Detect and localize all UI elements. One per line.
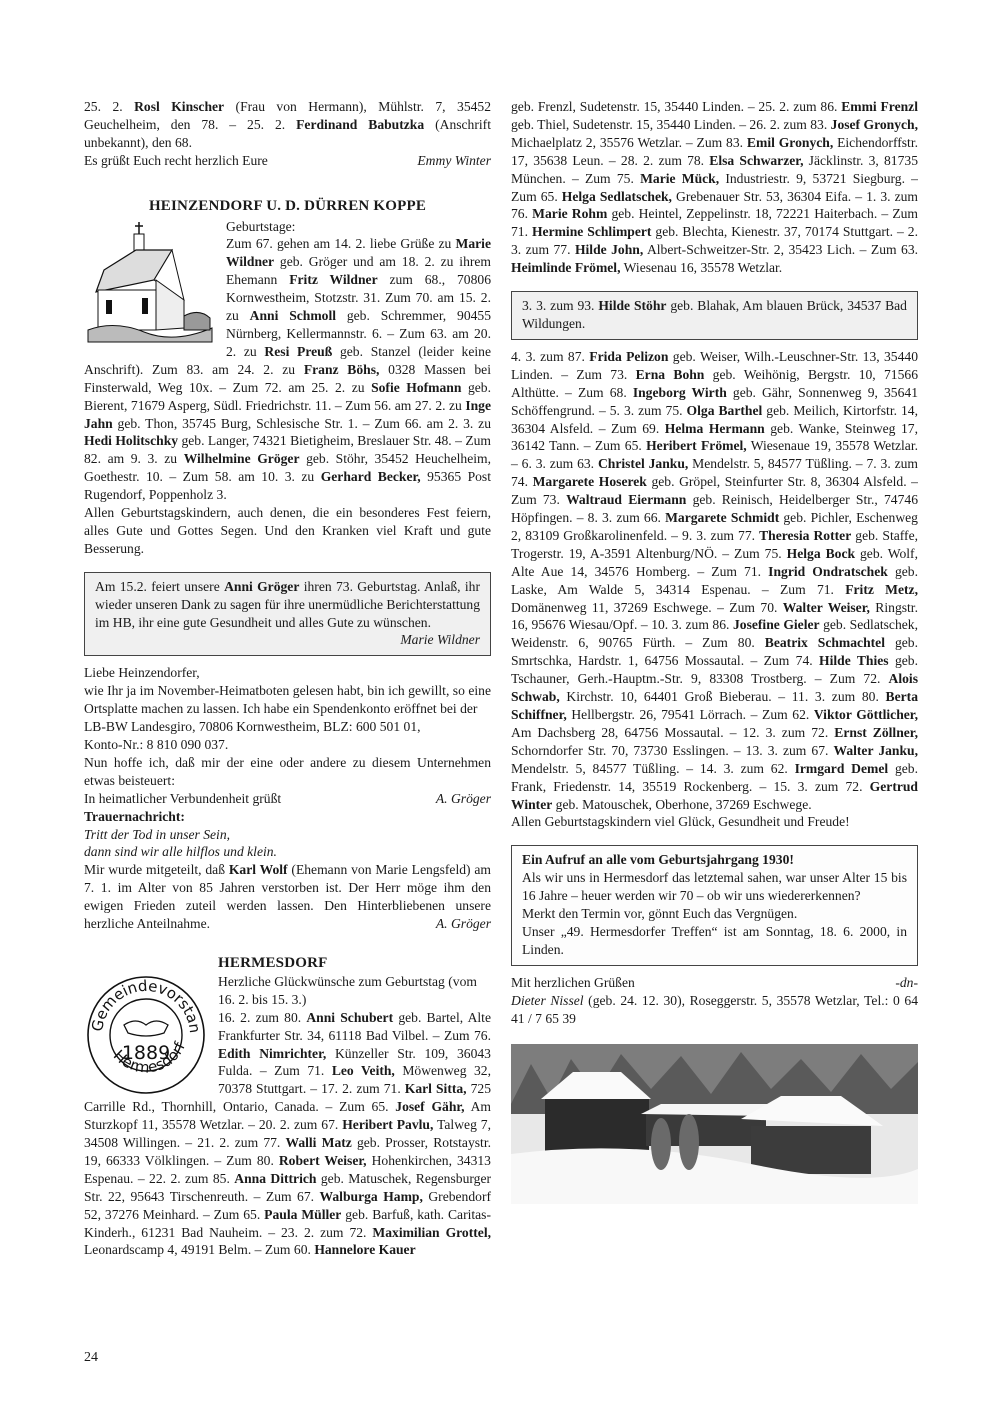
page-number: 24 bbox=[84, 1350, 98, 1366]
person-name: Anni Gröger bbox=[224, 579, 299, 594]
heinzendorf-closing: Allen Geburtstagskindern, auch denen, di… bbox=[84, 504, 491, 558]
mourning-section: Trauernachricht: Tritt der Tod in unser … bbox=[84, 808, 491, 933]
march-birthdays: 4. 3. zum 87. Frida Pelizon geb. Weiser,… bbox=[511, 348, 918, 814]
letter-section: Liebe Heinzendorfer, wie Ihr ja im Novem… bbox=[84, 664, 491, 807]
march-closing: Allen Geburtstagskindern viel Glück, Ges… bbox=[511, 813, 918, 831]
box-hilde-text: 3. 3. zum 93. Hilde Stöhr geb. Blahak, A… bbox=[522, 297, 907, 333]
mourning-body: Mir wurde mitgeteilt, daß Karl Wolf (Ehe… bbox=[84, 862, 491, 931]
intro-paragraph: 25. 2. Rosl Kinscher (Frau von Hermann),… bbox=[84, 98, 491, 152]
person-name: Gertrud Winter bbox=[511, 779, 918, 812]
call-line-2: Merkt den Termin vor, gönnt Euch das Ver… bbox=[522, 905, 907, 923]
person-name: Hermine Schlimpert bbox=[532, 224, 651, 239]
person-name: Inge Jahn bbox=[84, 398, 491, 431]
person-name: Karl Wolf bbox=[229, 862, 288, 877]
box-anni-groeger: Am 15.2. feiert unsere Anni Gröger ihren… bbox=[84, 572, 491, 657]
person-name: Walburga Hamp, bbox=[320, 1189, 423, 1204]
person-name: Olga Barthel bbox=[687, 403, 763, 418]
box-anni-text: Am 15.2. feiert unsere Anni Gröger ihren… bbox=[95, 579, 480, 630]
person-name: Margarete Schmidt bbox=[665, 510, 779, 525]
call-line-3: Unser „49. Hermesdorfer Treffen“ ist am … bbox=[522, 923, 907, 959]
person-name: Sofie Hofmann bbox=[371, 380, 461, 395]
person-name: Waltraud Eiermann bbox=[566, 492, 686, 507]
person-name: Margarete Hoserek bbox=[533, 474, 647, 489]
person-name: Elsa Schwarzer, bbox=[709, 153, 803, 168]
signature: Emmy Winter bbox=[417, 152, 491, 170]
person-name: Marie Mück, bbox=[640, 171, 719, 186]
person-name: Christel Janku, bbox=[598, 456, 688, 471]
person-name: Resi Preuß bbox=[264, 344, 332, 359]
hermesdorf-section: Gemeindevorstand Hermesdorf 1889 HERMESD… bbox=[84, 955, 491, 1259]
closing-greeting: Mit herzlichen Grüßen bbox=[511, 974, 635, 992]
person-name: Marie Wildner bbox=[226, 236, 491, 269]
letter-paragraph-2: Nun hoffe ich, daß mir der eine oder and… bbox=[84, 754, 491, 790]
box-call-1930: Ein Aufruf an alle vom Geburtsjahrgang 1… bbox=[511, 845, 918, 965]
person-name: Josef Gähr, bbox=[395, 1099, 464, 1114]
person-name: Wilhelmine Gröger bbox=[184, 451, 300, 466]
person-name: Helga Sedlatschek, bbox=[562, 189, 672, 204]
person-name: Ferdinand Babutzka bbox=[296, 117, 424, 132]
person-name: Gerhard Becker, bbox=[321, 469, 421, 484]
person-name: Heimlinde Frömel, bbox=[511, 260, 620, 275]
birthdays-continued: geb. Frenzl, Sudetenstr. 15, 35440 Linde… bbox=[511, 98, 918, 277]
mourning-verse-1: Tritt der Tod in unser Sein, bbox=[84, 826, 491, 844]
section-heading-heinzendorf: HEINZENDORF U. D. DÜRREN KOPPE bbox=[84, 198, 491, 216]
heinzendorf-section: Geburtstage: Zum 67. gehen am 14. 2. lie… bbox=[84, 218, 491, 558]
author-name: Dieter Nissel bbox=[511, 993, 584, 1008]
person-name: Leo Veith, bbox=[332, 1063, 395, 1078]
intro-signature-line: Es grüßt Euch recht herzlich Eure Emmy W… bbox=[84, 152, 491, 170]
letter-greeting: In heimatlicher Verbundenheit grüßt bbox=[84, 790, 281, 808]
mourning-signature: A. Gröger bbox=[436, 915, 491, 933]
box-anni-signature: Marie Wildner bbox=[400, 631, 480, 649]
person-name: Fritz Metz, bbox=[845, 582, 918, 597]
svg-text:1889: 1889 bbox=[122, 1042, 170, 1064]
person-name: Theresia Rotter bbox=[759, 528, 851, 543]
closing-initials: -dn- bbox=[895, 974, 918, 992]
photo-icon bbox=[511, 1044, 918, 1204]
letter-signature-line: In heimatlicher Verbundenheit grüßt A. G… bbox=[84, 790, 491, 808]
person-name: Ernst Zöllner, bbox=[834, 725, 918, 740]
person-name: Helga Bock bbox=[787, 546, 855, 561]
person-name: Helma Hermann bbox=[665, 421, 765, 436]
person-name: Walter Janku, bbox=[833, 743, 918, 758]
person-name: Paula Müller bbox=[264, 1207, 341, 1222]
person-name: Hedi Holitschky bbox=[84, 433, 178, 448]
person-name: Hilde John, bbox=[575, 242, 643, 257]
letter-paragraph-1: wie Ihr ja im November-Heimatboten geles… bbox=[84, 682, 491, 718]
person-name: Maximilian Grottel, bbox=[372, 1225, 491, 1240]
person-name: Karl Sitta, bbox=[405, 1081, 467, 1096]
municipal-seal-icon: Gemeindevorstand Hermesdorf 1889 bbox=[84, 973, 208, 1097]
person-name: Heribert Pavlu, bbox=[342, 1117, 433, 1132]
call-line-1: Als wir uns in Hermesdorf das letztemal … bbox=[522, 869, 907, 905]
person-name: Hilde Thies bbox=[819, 653, 889, 668]
person-name: Marie Rohm bbox=[532, 206, 607, 221]
person-name: Frida Pelizon bbox=[589, 349, 668, 364]
call-title: Ein Aufruf an alle vom Geburtsjahrgang 1… bbox=[522, 851, 907, 869]
letter-signature: A. Gröger bbox=[436, 790, 491, 808]
person-name: Emmi Frenzl bbox=[841, 99, 918, 114]
mourning-verse-2: dann sind wir alle hilflos und klein. bbox=[84, 843, 491, 861]
account-number: Konto-Nr.: 8 810 090 037. bbox=[84, 736, 491, 754]
bank-details: LB-BW Landesgiro, 70806 Kornwestheim, BL… bbox=[84, 718, 491, 736]
person-name: Robert Weiser, bbox=[279, 1153, 367, 1168]
person-name: Irmgard Demel bbox=[795, 761, 889, 776]
closing-greeting-line: Mit herzlichen Grüßen -dn- bbox=[511, 974, 918, 992]
svg-text:Gemeindevorstand: Gemeindevorstand bbox=[84, 973, 204, 1034]
person-name: Viktor Göttlicher, bbox=[814, 707, 918, 722]
person-name: Hannelore Kauer bbox=[314, 1242, 415, 1257]
section-heading-hermesdorf: HERMESDORF bbox=[84, 955, 491, 973]
person-name: Edith Nimrichter, bbox=[218, 1046, 326, 1061]
person-name: Anni Schmoll bbox=[250, 308, 336, 323]
box-hilde-stoehr: 3. 3. zum 93. Hilde Stöhr geb. Blahak, A… bbox=[511, 291, 918, 340]
person-name: Ingeborg Wirth bbox=[633, 385, 727, 400]
person-name: Ingrid Ondratschek bbox=[768, 564, 888, 579]
person-name: Franz Böhs, bbox=[304, 362, 380, 377]
author-contact: Dieter Nissel (geb. 24. 12. 30), Rosegge… bbox=[511, 992, 918, 1028]
person-name: Hilde Stöhr bbox=[598, 298, 666, 313]
letter-salutation: Liebe Heinzendorfer, bbox=[84, 664, 491, 682]
person-name: Josef Gronych, bbox=[831, 117, 918, 132]
person-name: Walter Weiser, bbox=[783, 600, 870, 615]
person-name: Emil Gronych, bbox=[747, 135, 833, 150]
person-name: Erna Bohn bbox=[636, 367, 705, 382]
mourning-title: Trauernachricht: bbox=[84, 808, 491, 826]
person-name: Josefine Gieler bbox=[733, 617, 820, 632]
person-name: Walli Matz bbox=[285, 1135, 351, 1150]
person-name: Beatrix Schmachtel bbox=[765, 635, 885, 650]
chapel-drawing-icon bbox=[84, 220, 216, 345]
left-column: 25. 2. Rosl Kinscher (Frau von Hermann),… bbox=[84, 98, 491, 1259]
person-name: Alois Schwab, bbox=[511, 671, 918, 704]
person-name: Rosl Kinscher bbox=[134, 99, 224, 114]
person-name: Heribert Frömel, bbox=[646, 438, 747, 453]
person-name: Anna Dittrich bbox=[234, 1171, 316, 1186]
person-name: Anni Schubert bbox=[306, 1010, 393, 1025]
greeting-text: Es grüßt Euch recht herzlich Eure bbox=[84, 152, 268, 170]
right-column: geb. Frenzl, Sudetenstr. 15, 35440 Linde… bbox=[511, 98, 918, 1204]
person-name: Fritz Wildner bbox=[289, 272, 377, 287]
winter-houses-photo bbox=[511, 1044, 918, 1204]
